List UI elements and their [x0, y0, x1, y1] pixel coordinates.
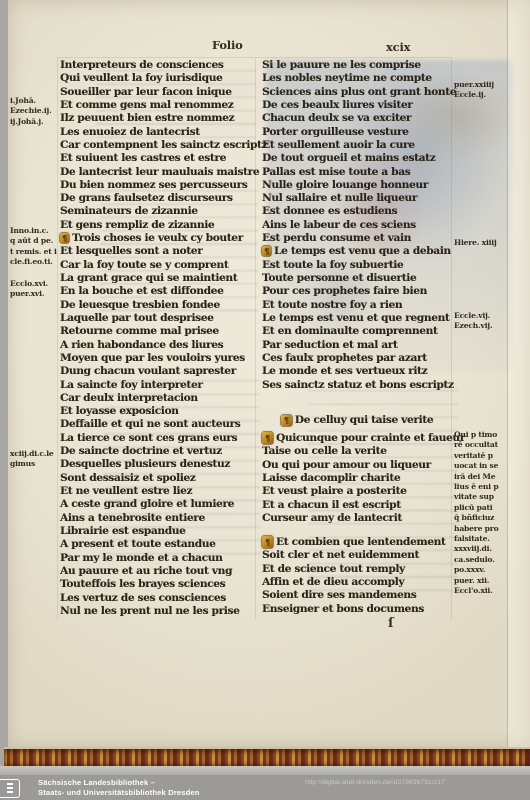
margin-note-line: Qui p timo — [454, 430, 498, 440]
scan-photo: Folio xcix Interpreteurs de consciencesQ… — [0, 0, 530, 800]
manuscript-line: La saincte foy interpreter — [60, 379, 256, 392]
manuscript-line: Seminateurs de zizannie — [60, 205, 256, 218]
section-heading-text: De celluy qui taise verite — [295, 414, 433, 426]
margin-note-line: uocat in se — [454, 461, 498, 471]
gold-paraph-icon: ¶ — [262, 432, 273, 444]
manuscript-line: Ains le labeur de ces sciens — [262, 219, 452, 232]
manuscript-line: Touteffois les brayes sciences — [60, 578, 256, 591]
margin-note-line: t remis. et i — [10, 247, 57, 257]
slub-logo-icon — [0, 779, 20, 798]
manuscript-line: De saincte doctrine et vertuz — [60, 445, 256, 458]
manuscript-line: Les nobles neytime ne compte — [262, 72, 452, 85]
section-heading: ¶De celluy qui taise verite — [262, 414, 452, 426]
manuscript-line: De grans faulsetez discurseurs — [60, 192, 256, 205]
margin-note-line: veritatē p — [454, 451, 498, 461]
manuscript-line: Ou qui pour amour ou liqueur — [262, 459, 452, 472]
manuscript-line: Toute personne et disuertie — [262, 272, 452, 285]
manuscript-line: Si le pauure ne les comprise — [262, 59, 452, 72]
manuscript-line: Est perdu consume et vain — [262, 232, 452, 245]
left-text-column: Interpreteurs de consciencesQui veullent… — [60, 59, 256, 618]
book-edge-ornament — [4, 747, 530, 768]
manuscript-line: Est toute la foy subuertie — [262, 259, 452, 272]
manuscript-line: Ilz peuuent bien estre nommez — [60, 112, 256, 125]
margin-note-line: irā dei Me — [454, 472, 498, 482]
footer-url: http://digital.slub-dresden.de/id3786367… — [305, 779, 445, 786]
manuscript-line: Librairie est espandue — [60, 525, 256, 538]
manuscript-line: Et loyasse exposicion — [60, 405, 256, 418]
gold-paraph-icon: ¶ — [262, 536, 273, 548]
manuscript-line: Enseigner et bons documens — [262, 603, 452, 616]
margin-note-line: vitate sup — [454, 492, 498, 502]
manuscript-line: Nul sallaire et nulle liqueur — [262, 192, 452, 205]
manuscript-line: Ains a tenebrosite entiere — [60, 512, 256, 525]
ruling-line — [57, 58, 58, 620]
margin-note-line: xxxviij.di. — [454, 544, 498, 554]
gold-paraph-icon: ¶ — [60, 233, 69, 243]
left-margin-note-group: Inno.in.c.q aūt d pe.t remis. et icle.fi… — [10, 226, 57, 268]
folio-label: Folio — [212, 38, 243, 52]
manuscript-line: De leuesque tresbien fondee — [60, 299, 256, 312]
manuscript-line: Et suiuent les castres et estre — [60, 152, 256, 165]
manuscript-line: Dung chacun voulant saprester — [60, 365, 256, 378]
manuscript-line: ¶Le temps est venu que a debain — [262, 245, 452, 258]
margin-note-line: xciij.di.c.le — [10, 449, 54, 459]
right-text-column-stanza2: ¶Quicunque pour crainte et faueurTaise o… — [262, 432, 452, 525]
margin-note-line: Hiere. xiiij — [454, 238, 497, 248]
right-margin-gloss: Qui p timorē occultatveritatē puocat in … — [454, 430, 498, 597]
right-margin-note-group: Eccle.vij.Ezech.vij. — [454, 311, 492, 332]
manuscript-line: ¶Trois choses ie veulx cy bouter — [60, 232, 256, 245]
margin-note-line: Eccle.ij. — [454, 90, 494, 100]
manuscript-line: La tierce ce sont ces grans eurs — [60, 432, 256, 445]
margin-note-line: plicū pati — [454, 503, 498, 513]
manuscript-line: Affin et de dieu accomply — [262, 576, 452, 589]
folio-number: xcix — [386, 40, 410, 54]
manuscript-line: Et veust plaire a posterite — [262, 485, 452, 498]
margin-note-line: i.Johā. — [10, 96, 52, 106]
manuscript-line: Et ne veullent estre liez — [60, 485, 256, 498]
margin-note-line: falsitate. — [454, 534, 498, 544]
manuscript-line: Retourne comme mal prisee — [60, 325, 256, 338]
margin-note-line: puer.xxiiij — [454, 80, 494, 90]
margin-note-line: gimus — [10, 459, 54, 469]
manuscript-line: Le monde et ses vertueux ritz — [262, 365, 452, 378]
manuscript-line: Car contempnent les sainctz escriptz — [60, 139, 256, 152]
manuscript-line: Taise ou celle la verite — [262, 445, 452, 458]
gold-paraph-icon: ¶ — [262, 246, 271, 256]
margin-note-line: Eccl'o.xii. — [454, 586, 498, 596]
manuscript-line: Chacun deulx se va exciter — [262, 112, 452, 125]
manuscript-line: Ces faulx prophetes par azart — [262, 352, 452, 365]
margin-note-line: lius ē eni p — [454, 482, 498, 492]
scan-table-surface — [0, 766, 530, 775]
signature-mark: ſ — [388, 616, 394, 631]
right-margin-note-group: puer.xxiiijEccle.ij. — [454, 80, 494, 101]
margin-note-line: habere pro — [454, 524, 498, 534]
manuscript-line: Deffaille et qui ne sont aucteurs — [60, 418, 256, 431]
manuscript-line: ¶Quicunque pour crainte et faueur — [262, 432, 452, 445]
manuscript-line: Par seduction et mal art — [262, 339, 452, 352]
library-name-line1: Sächsische Landesbibliothek – — [38, 778, 200, 788]
manuscript-line: Et en dominaulte comprennent — [262, 325, 452, 338]
margin-note-line: Ecclo.xvi. — [10, 279, 48, 289]
manuscript-line: Et a chacun il est escript — [262, 499, 452, 512]
ruling-line — [57, 57, 452, 58]
manuscript-line: Ses sainctz statuz et bons escriptz — [262, 379, 452, 392]
left-margin-note-group: i.Johā.Ezechie.ij.ij.Johā.j. — [10, 96, 52, 127]
manuscript-line: A ceste grand gloire et lumiere — [60, 498, 256, 511]
manuscript-line: En la bouche et est diffondee — [60, 285, 256, 298]
manuscript-line: Et comme gens mal renommez — [60, 99, 256, 112]
manuscript-line: Curseur amy de lantecrit — [262, 512, 452, 525]
library-name: Sächsische Landesbibliothek – Staats- un… — [38, 778, 200, 797]
manuscript-line: De lantecrist leur mauluais maistre — [60, 166, 256, 179]
margin-note-line: cle.fi.eo.ti. — [10, 257, 57, 267]
margin-note-line: q̄ bñficiuz — [454, 513, 498, 523]
manuscript-line: Au pauure et au riche tout vng — [60, 565, 256, 578]
manuscript-line: Laquelle par tout desprisee — [60, 312, 256, 325]
right-margin-note-group: Hiere. xiiij — [454, 238, 497, 248]
next-page-edge — [508, 0, 530, 747]
manuscript-line: Et de science tout remply — [262, 563, 452, 576]
manuscript-line: Porter orguilleuse vesture — [262, 126, 452, 139]
manuscript-line: Et gens rempliz de zizannie — [60, 219, 256, 232]
margin-note-line: po.xxxv. — [454, 565, 498, 575]
manuscript-line: La grant grace qui se maintient — [60, 272, 256, 285]
manuscript-line: Et toute nostre foy a rien — [262, 299, 452, 312]
right-text-column-stanza3: ¶Et combien que lentendementSoit cler et… — [262, 536, 452, 616]
manuscript-line: De ces beaulx liures visiter — [262, 99, 452, 112]
manuscript-line: Soit cler et net euidemment — [262, 549, 452, 562]
manuscript-line: Car deulx interpretacion — [60, 392, 256, 405]
margin-note-line: ij.Johā.j. — [10, 117, 52, 127]
margin-note-line: q aūt d pe. — [10, 236, 57, 246]
manuscript-line: Laisse dacomplir charite — [262, 472, 452, 485]
margin-note-line: puer. xii. — [454, 576, 498, 586]
manuscript-line: Est donnee es estudiens — [262, 205, 452, 218]
manuscript-line: ¶Et combien que lentendement — [262, 536, 452, 549]
margin-note-line: puer.xvi. — [10, 289, 48, 299]
left-margin-note-group: Ecclo.xvi.puer.xvi. — [10, 279, 48, 300]
manuscript-line: A rien habondance des liures — [60, 339, 256, 352]
manuscript-line: Nulle gloire louange honneur — [262, 179, 452, 192]
margin-note-line: ca.sedulo. — [454, 555, 498, 565]
manuscript-line: Les vertuz de ses consciences — [60, 592, 256, 605]
manuscript-line: Les enuoiez de lantecrist — [60, 126, 256, 139]
margin-note-line: rē occultat — [454, 440, 498, 450]
manuscript-line: Le temps est venu et que regnent — [262, 312, 452, 325]
manuscript-line: Qui veullent la foy iurisdique — [60, 72, 256, 85]
manuscript-line: Pour ces prophetes faire bien — [262, 285, 452, 298]
manuscript-line: Par my le monde et a chacun — [60, 552, 256, 565]
manuscript-line: De tout orgueil et mains estatz — [262, 152, 452, 165]
left-margin-note-group: xciij.di.c.legimus — [10, 449, 54, 470]
manuscript-line: Et lesquelles sont a noter — [60, 245, 256, 258]
manuscript-line: Et seullement auoir la cure — [262, 139, 452, 152]
library-name-line2: Staats- und Universitätsbibliothek Dresd… — [38, 788, 200, 798]
right-text-column-stanza1: Si le pauure ne les compriseLes nobles n… — [262, 59, 452, 392]
manuscript-line: Desquelles plusieurs denestuz — [60, 458, 256, 471]
margin-note-line: Eccle.vij. — [454, 311, 492, 321]
margin-note-line: Ezechie.ij. — [10, 106, 52, 116]
manuscript-line: Soient dire ses mandemens — [262, 589, 452, 602]
manuscript-line: Nul ne les prent nul ne les prise — [60, 605, 256, 618]
manuscript-line: A present et toute estandue — [60, 538, 256, 551]
gold-paraph-icon: ¶ — [281, 415, 292, 426]
margin-note-line: Ezech.vij. — [454, 321, 492, 331]
manuscript-line: Pallas est mise toute a bas — [262, 166, 452, 179]
manuscript-line: Interpreteurs de consciences — [60, 59, 256, 72]
manuscript-line: Sciences ains plus ont grant honte — [262, 86, 452, 99]
manuscript-line: Soueiller par leur facon inique — [60, 86, 256, 99]
manuscript-line: Car la foy toute se y comprent — [60, 259, 256, 272]
manuscript-line: Du bien nommez ses percusseurs — [60, 179, 256, 192]
manuscript-line: Moyen que par les vouloirs yures — [60, 352, 256, 365]
manuscript-line: Sont dessaisiz et spoliez — [60, 472, 256, 485]
margin-note-line: Inno.in.c. — [10, 226, 57, 236]
library-footer-bar: Sächsische Landesbibliothek – Staats- un… — [0, 775, 530, 800]
